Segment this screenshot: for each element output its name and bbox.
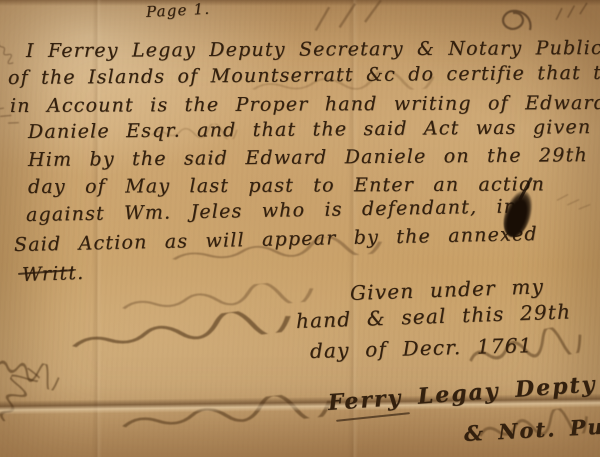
bleed-through-mark: [0, 33, 23, 72]
bleed-through-mark: [119, 388, 350, 438]
closing-line-2: hand & seal this 29th: [296, 299, 572, 333]
manuscript-line-5: Him by the said Edward Daniele on the 29…: [28, 144, 588, 171]
ink-flourish-mark: [490, 2, 536, 38]
manuscript-line-3: in Account is the Proper hand writing of…: [10, 92, 600, 117]
bleed-through-mark: [552, 183, 600, 222]
bleed-through-mark: [548, 0, 598, 29]
signature-line-2: & Not. Publk: [463, 411, 600, 446]
page-number-label: Page 1.: [146, 0, 211, 21]
manuscript-page: Page 1. I Ferrey Legay Deputy Secretary …: [0, 0, 600, 457]
manuscript-line-1: I Ferrey Legay Deputy Secretary & Notary…: [26, 37, 600, 62]
manuscript-line-6: day of May last past to Enter an action: [28, 173, 545, 198]
manuscript-line-4: Daniele Esqr. and that the said Act was …: [28, 116, 592, 143]
manuscript-line-2: of the Islands of Mountserratt &c do cer…: [8, 61, 600, 89]
